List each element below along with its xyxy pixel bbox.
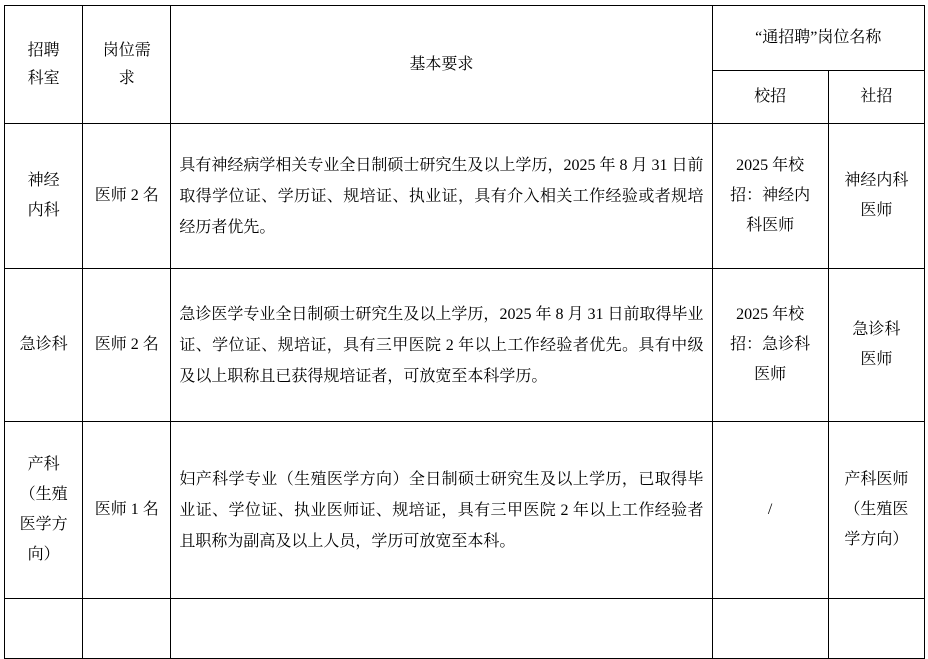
cell-need <box>83 599 171 607</box>
table-row-clipped <box>5 599 925 607</box>
header-social: 社招 <box>828 71 924 124</box>
cell-need: 医师 2 名 <box>83 124 171 269</box>
cell-requirements: 具有神经病学相关专业全日制硕士研究生及以上学历，2025 年 8 月 31 日前… <box>171 124 712 269</box>
cell-social <box>828 599 924 607</box>
header-need: 岗位需 求 <box>83 6 171 124</box>
header-requirements: 基本要求 <box>171 6 712 124</box>
cell-campus: 2025 年校 招：神经内 科医师 <box>712 124 828 269</box>
cell-social: 产科医师 （生殖医 学方向） <box>828 422 924 599</box>
cell-requirements <box>171 599 712 607</box>
cell-need: 医师 2 名 <box>83 269 171 422</box>
cell-campus: 2025 年校 招：急诊科 医师 <box>712 269 828 422</box>
cell-social: 急诊科 医师 <box>828 269 924 422</box>
table-row: 产科 （生殖 医学方 向） 医师 1 名 妇产科学专业（生殖医学方向）全日制硕士… <box>5 422 925 599</box>
header-dept: 招聘 科室 <box>5 6 83 124</box>
cell-dept: 产科 （生殖 医学方 向） <box>5 422 83 599</box>
cell-social: 神经内科 医师 <box>828 124 924 269</box>
cell-dept: 急诊科 <box>5 269 83 422</box>
recruitment-table: 招聘 科室 岗位需 求 基本要求 “通招聘”岗位名称 校招 社招 神经 内科 医… <box>4 5 925 606</box>
table-row: 急诊科 医师 2 名 急诊医学专业全日制硕士研究生及以上学历，2025 年 8 … <box>5 269 925 422</box>
cell-campus: / <box>712 422 828 599</box>
header-position-group: “通招聘”岗位名称 <box>712 6 924 71</box>
header-campus: 校招 <box>712 71 828 124</box>
cell-requirements: 急诊医学专业全日制硕士研究生及以上学历，2025 年 8 月 31 日前取得毕业… <box>171 269 712 422</box>
cell-need: 医师 1 名 <box>83 422 171 599</box>
table-row: 神经 内科 医师 2 名 具有神经病学相关专业全日制硕士研究生及以上学历，202… <box>5 124 925 269</box>
cell-dept: 神经 内科 <box>5 124 83 269</box>
cell-requirements: 妇产科学专业（生殖医学方向）全日制硕士研究生及以上学历，已取得毕业证、学位证、执… <box>171 422 712 599</box>
cell-dept <box>5 599 83 607</box>
cell-campus <box>712 599 828 607</box>
